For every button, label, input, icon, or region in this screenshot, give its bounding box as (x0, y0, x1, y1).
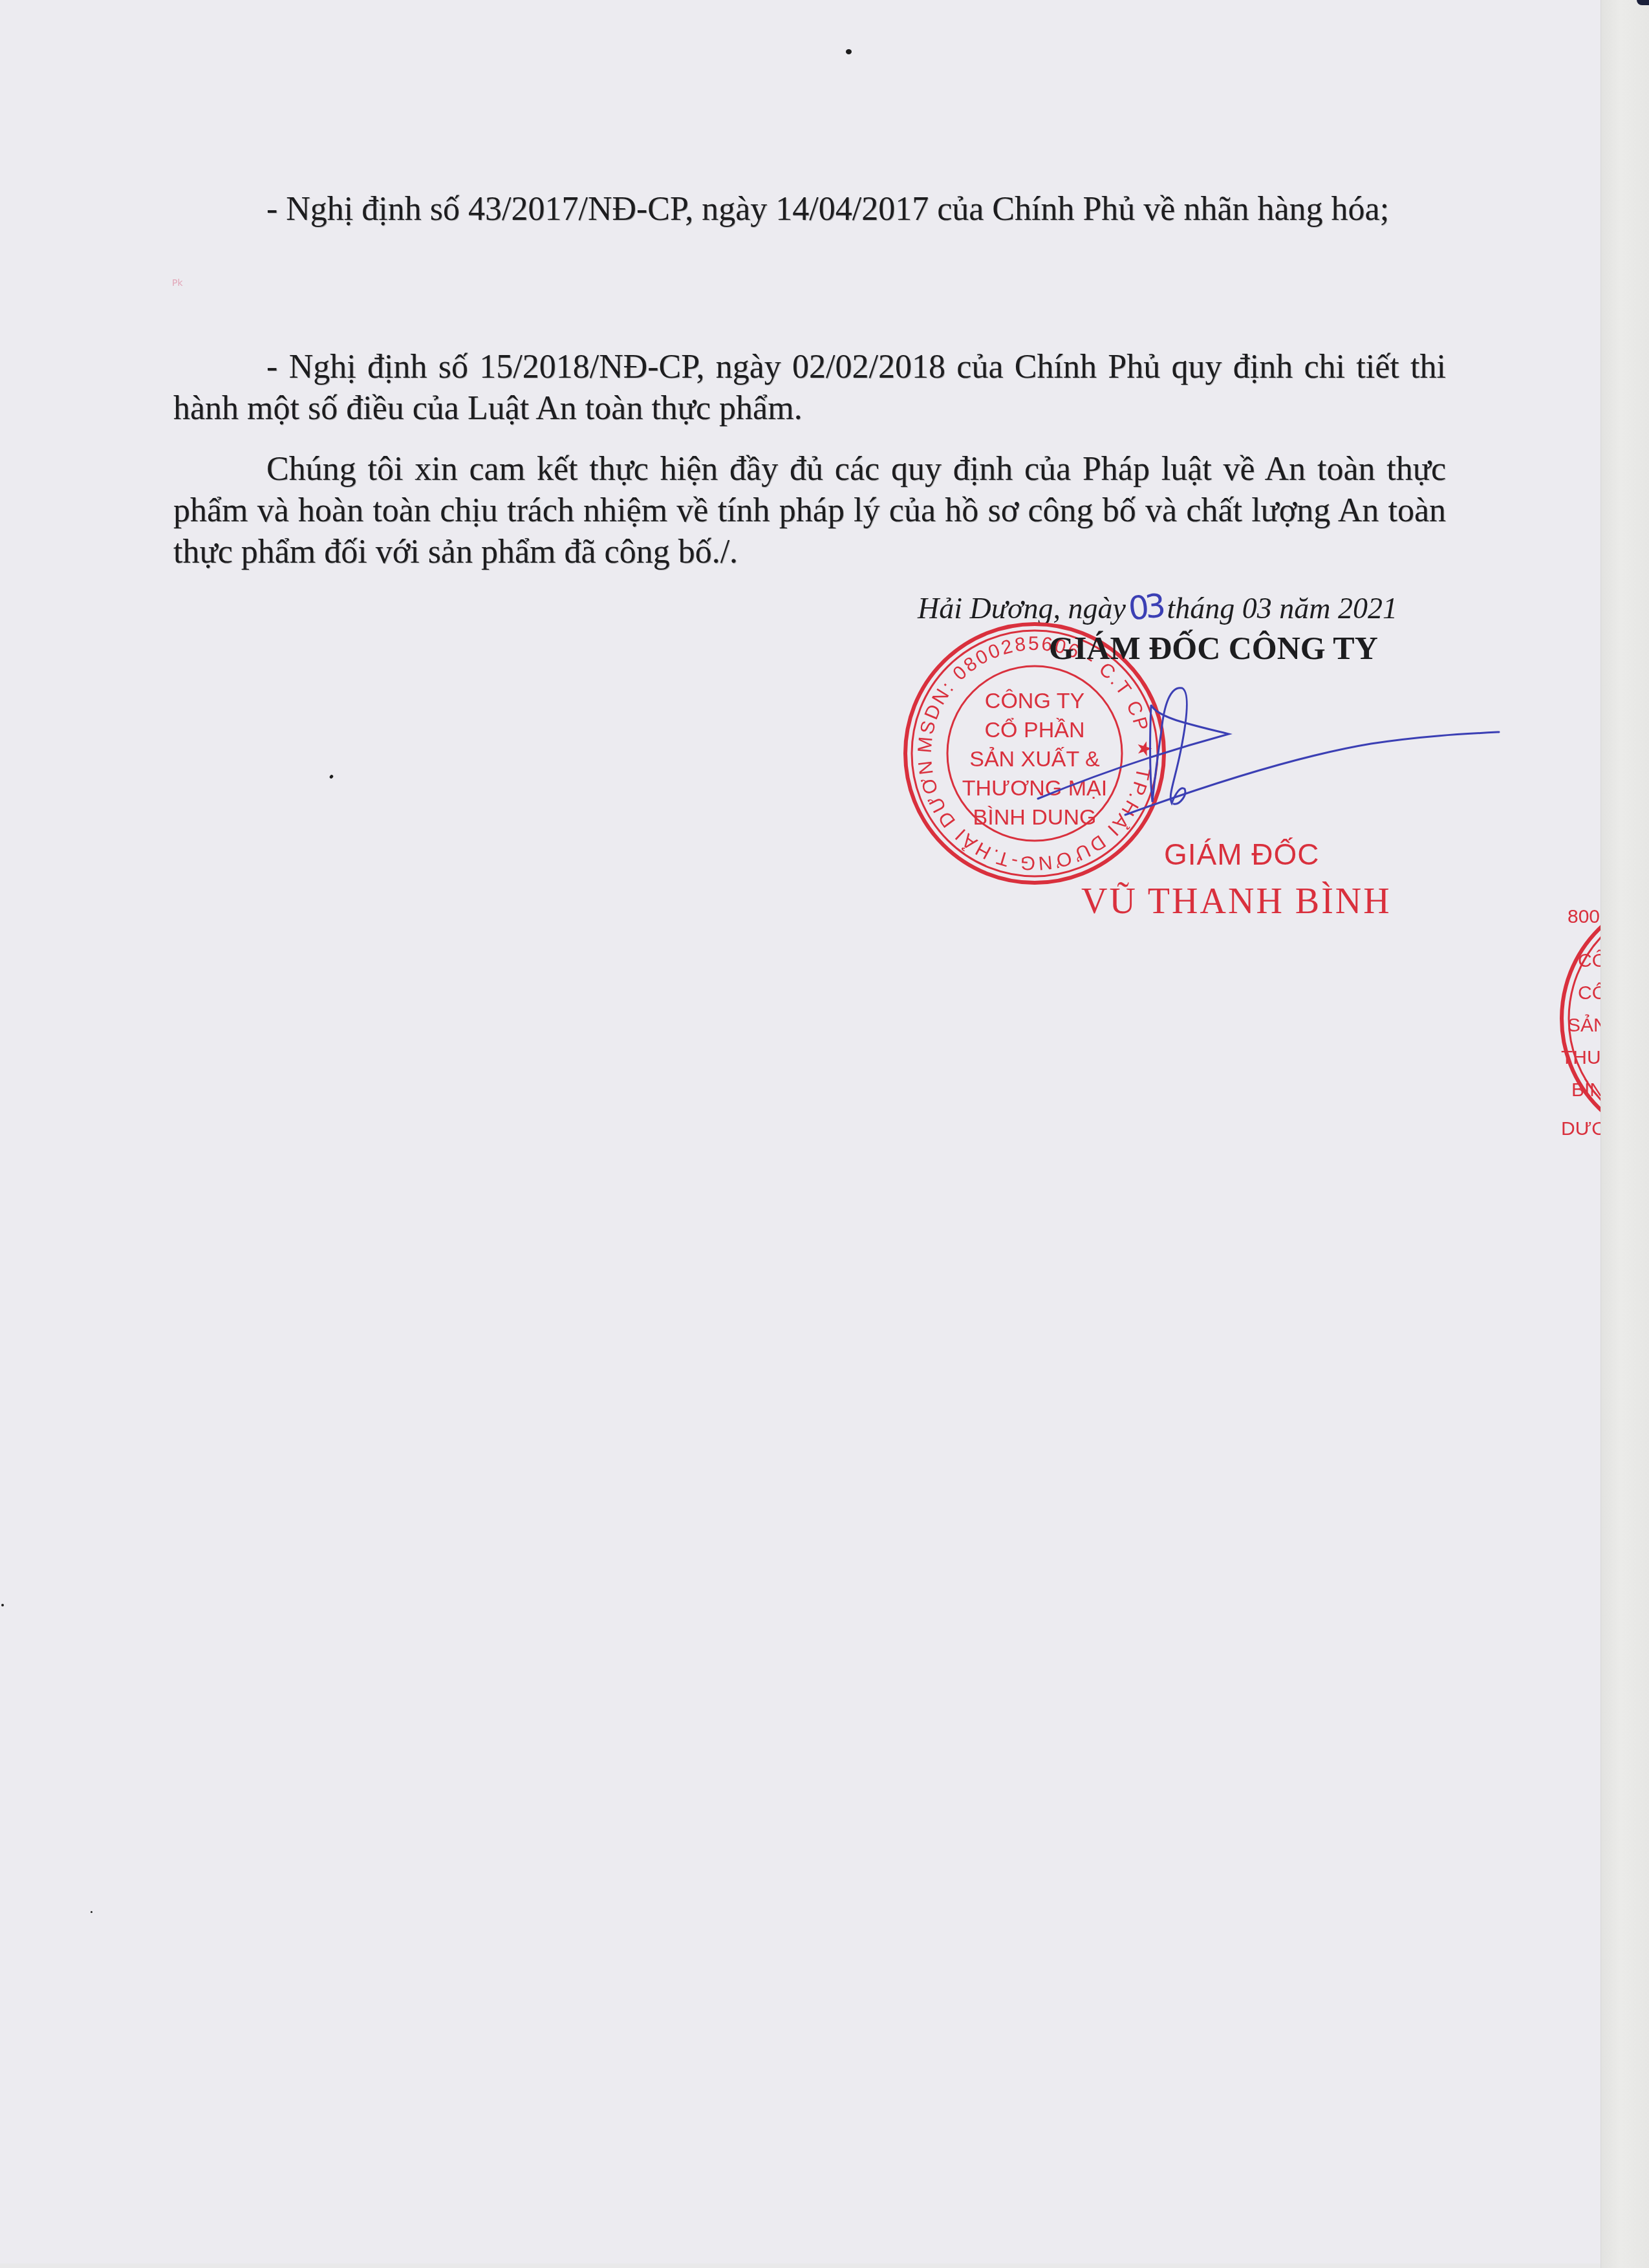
scan-speck (1, 1604, 4, 1606)
signatory-heading: GIÁM ĐỐC CÔNG TY (1049, 629, 1378, 667)
seal-line: THƯƠNG MẠI (962, 776, 1107, 801)
margin-mark: Pk (172, 278, 183, 288)
date-suffix: tháng 03 năm 2021 (1167, 592, 1398, 625)
seal-line: SẢN XUẤT & (969, 747, 1100, 772)
svg-text:THU: THU (1561, 1047, 1600, 1068)
scan-corner (1637, 0, 1649, 5)
svg-text:DƯƠI: DƯƠI (1561, 1118, 1600, 1139)
seal-fragment-icon: 800 CÔ CỔ SẢN THU BÌN DƯƠI (1558, 876, 1600, 1161)
seal-line: CÔNG TY (985, 689, 1084, 713)
signer-title: GIÁM ĐỐC (1164, 837, 1320, 872)
document-page: Pk - Nghị định số 43/2017/NĐ-CP, ngày 14… (0, 0, 1600, 2263)
svg-text:800: 800 (1568, 906, 1600, 927)
svg-text:BÌN: BÌN (1571, 1079, 1600, 1101)
scan-speck (846, 49, 852, 54)
svg-text:CÔ: CÔ (1578, 949, 1600, 971)
paragraph-commitment: Chúng tôi xin cam kết thực hiện đầy đủ c… (173, 449, 1446, 573)
scan-speck (91, 1911, 92, 1913)
paragraph-decree-43: - Nghị định số 43/2017/NĐ-CP, ngày 14/04… (173, 189, 1446, 230)
svg-text:SẢN: SẢN (1568, 1014, 1600, 1036)
adjacent-page-seal-fragment: 800 CÔ CỔ SẢN THU BÌN DƯƠI (1558, 876, 1600, 1161)
paragraph-decree-15: - Nghị định số 15/2018/NĐ-CP, ngày 02/02… (173, 347, 1446, 429)
scan-speck (329, 774, 334, 779)
seal-line: BÌNH DUNG (973, 805, 1097, 830)
seal-line: CỔ PHẦN (985, 718, 1085, 742)
svg-text:CỔ: CỔ (1578, 982, 1600, 1004)
scan-edge-strip (1600, 0, 1649, 2268)
